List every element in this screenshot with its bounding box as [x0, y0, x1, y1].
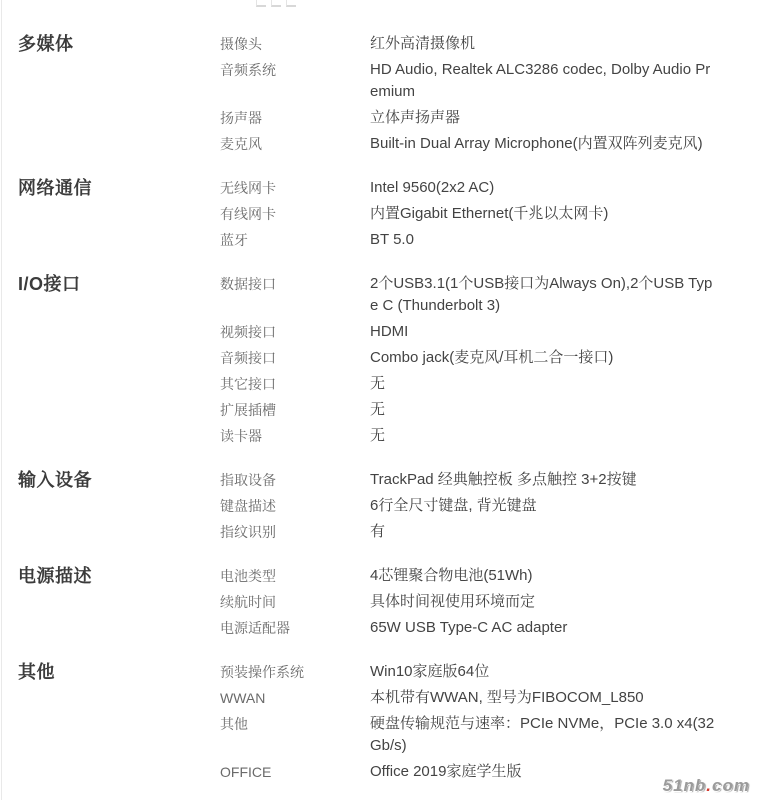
spec-label: 摄像头	[220, 33, 370, 55]
clipped-glyph	[271, 0, 281, 7]
watermark-51nb: 51nb.com	[663, 776, 750, 796]
spec-value: 红外高清摄像机	[370, 33, 716, 55]
spec-value: 无	[370, 373, 716, 395]
spec-label: 其它接口	[220, 373, 370, 395]
spec-row: 电池类型4芯锂聚合物电池(51Wh)	[220, 565, 720, 587]
section-rows: 摄像头红外高清摄像机音频系统HD Audio, Realtek ALC3286 …	[220, 33, 720, 159]
spec-value: 4芯锂聚合物电池(51Wh)	[370, 565, 716, 587]
spec-label: 麦克风	[220, 133, 370, 155]
spec-row: 扩展插槽无	[220, 399, 720, 421]
spec-section: 电源描述电池类型4芯锂聚合物电池(51Wh)续航时间具体时间视使用环境而定电源适…	[18, 565, 758, 643]
spec-row: 视频接口HDMI	[220, 321, 720, 343]
spec-value: 65W USB Type-C AC adapter	[370, 617, 716, 639]
spec-value: BT 5.0	[370, 229, 716, 251]
spec-value: 具体时间视使用环境而定	[370, 591, 716, 613]
section-title: 网络通信	[18, 177, 220, 255]
spec-row: WWAN本机带有WWAN, 型号为FIBOCOM_L850	[220, 687, 720, 709]
clipped-glyph	[256, 0, 266, 7]
watermark-prefix: 51nb	[663, 776, 707, 795]
spec-row: 指纹识别有	[220, 521, 720, 543]
spec-row: 无线网卡Intel 9560(2x2 AC)	[220, 177, 720, 199]
spec-row: OFFICEOffice 2019家庭学生版	[220, 761, 720, 783]
section-rows: 数据接口2个USB3.1(1个USB接口为Always On),2个USB Ty…	[220, 273, 720, 451]
spec-sections: 多媒体摄像头红外高清摄像机音频系统HD Audio, Realtek ALC32…	[0, 0, 758, 787]
spec-label: 数据接口	[220, 273, 370, 317]
section-title: 电源描述	[18, 565, 220, 643]
spec-row: 键盘描述6行全尺寸键盘, 背光键盘	[220, 495, 720, 517]
spec-row: 音频系统HD Audio, Realtek ALC3286 codec, Dol…	[220, 59, 720, 103]
spec-row: 麦克风Built-in Dual Array Microphone(内置双阵列麦…	[220, 133, 720, 155]
spec-label: 音频系统	[220, 59, 370, 103]
spec-value: HD Audio, Realtek ALC3286 codec, Dolby A…	[370, 59, 716, 103]
spec-row: 读卡器无	[220, 425, 720, 447]
spec-value: Built-in Dual Array Microphone(内置双阵列麦克风)	[370, 133, 716, 155]
spec-section: 多媒体摄像头红外高清摄像机音频系统HD Audio, Realtek ALC32…	[18, 33, 758, 159]
spec-label: 无线网卡	[220, 177, 370, 199]
spec-value: 硬盘传输规范与速率：PCIe NVMe，PCIe 3.0 x4(32Gb/s)	[370, 713, 716, 757]
spec-value: 无	[370, 425, 716, 447]
spec-value: Combo jack(麦克风/耳机二合一接口)	[370, 347, 716, 369]
spec-row: 数据接口2个USB3.1(1个USB接口为Always On),2个USB Ty…	[220, 273, 720, 317]
spec-value: 本机带有WWAN, 型号为FIBOCOM_L850	[370, 687, 716, 709]
spec-value: Win10家庭版64位	[370, 661, 716, 683]
spec-label: 扬声器	[220, 107, 370, 129]
spec-label: 预装操作系统	[220, 661, 370, 683]
spec-section: 输入设备指取设备TrackPad 经典触控板 多点触控 3+2按键键盘描述6行全…	[18, 469, 758, 547]
spec-row: 其它接口无	[220, 373, 720, 395]
spec-section: I/O接口数据接口2个USB3.1(1个USB接口为Always On),2个U…	[18, 273, 758, 451]
spec-row: 蓝牙BT 5.0	[220, 229, 720, 251]
section-rows: 无线网卡Intel 9560(2x2 AC)有线网卡内置Gigabit Ethe…	[220, 177, 720, 255]
clipped-glyph	[286, 0, 296, 7]
spec-row: 指取设备TrackPad 经典触控板 多点触控 3+2按键	[220, 469, 720, 491]
spec-row: 其他硬盘传输规范与速率：PCIe NVMe，PCIe 3.0 x4(32Gb/s…	[220, 713, 720, 757]
spec-row: 扬声器立体声扬声器	[220, 107, 720, 129]
spec-label: 电源适配器	[220, 617, 370, 639]
spec-label: 蓝牙	[220, 229, 370, 251]
spec-section: 网络通信无线网卡Intel 9560(2x2 AC)有线网卡内置Gigabit …	[18, 177, 758, 255]
left-border-line	[1, 0, 2, 800]
section-title: 多媒体	[18, 33, 220, 159]
spec-row: 电源适配器65W USB Type-C AC adapter	[220, 617, 720, 639]
spec-row: 有线网卡内置Gigabit Ethernet(千兆以太网卡)	[220, 203, 720, 225]
spec-value: 内置Gigabit Ethernet(千兆以太网卡)	[370, 203, 716, 225]
spec-row: 摄像头红外高清摄像机	[220, 33, 720, 55]
spec-label: 电池类型	[220, 565, 370, 587]
spec-label: 读卡器	[220, 425, 370, 447]
spec-value: 有	[370, 521, 716, 543]
spec-value: HDMI	[370, 321, 716, 343]
section-rows: 指取设备TrackPad 经典触控板 多点触控 3+2按键键盘描述6行全尺寸键盘…	[220, 469, 720, 547]
spec-label: 扩展插槽	[220, 399, 370, 421]
spec-label: 视频接口	[220, 321, 370, 343]
spec-value: Intel 9560(2x2 AC)	[370, 177, 716, 199]
spec-label: WWAN	[220, 687, 370, 709]
spec-row: 续航时间具体时间视使用环境而定	[220, 591, 720, 613]
section-rows: 电池类型4芯锂聚合物电池(51Wh)续航时间具体时间视使用环境而定电源适配器65…	[220, 565, 720, 643]
spec-value: TrackPad 经典触控板 多点触控 3+2按键	[370, 469, 716, 491]
spec-section: 其他预装操作系统Win10家庭版64位WWAN本机带有WWAN, 型号为FIBO…	[18, 661, 758, 787]
spec-label: 音频接口	[220, 347, 370, 369]
spec-row: 预装操作系统Win10家庭版64位	[220, 661, 720, 683]
spec-label: 键盘描述	[220, 495, 370, 517]
section-title: 其他	[18, 661, 220, 787]
spec-value: 2个USB3.1(1个USB接口为Always On),2个USB Type C…	[370, 273, 716, 317]
spec-value: 立体声扬声器	[370, 107, 716, 129]
spec-row: 音频接口Combo jack(麦克风/耳机二合一接口)	[220, 347, 720, 369]
spec-value: 6行全尺寸键盘, 背光键盘	[370, 495, 716, 517]
watermark-suffix: com	[712, 776, 750, 795]
spec-label: 指取设备	[220, 469, 370, 491]
clipped-text-fragment	[256, 0, 302, 7]
spec-label: 其他	[220, 713, 370, 757]
spec-label: 指纹识别	[220, 521, 370, 543]
section-rows: 预装操作系统Win10家庭版64位WWAN本机带有WWAN, 型号为FIBOCO…	[220, 661, 720, 787]
section-title: I/O接口	[18, 273, 220, 451]
spec-value: 无	[370, 399, 716, 421]
spec-sheet-page: 多媒体摄像头红外高清摄像机音频系统HD Audio, Realtek ALC32…	[0, 0, 758, 800]
section-title: 输入设备	[18, 469, 220, 547]
spec-label: 有线网卡	[220, 203, 370, 225]
spec-label: OFFICE	[220, 761, 370, 783]
spec-label: 续航时间	[220, 591, 370, 613]
